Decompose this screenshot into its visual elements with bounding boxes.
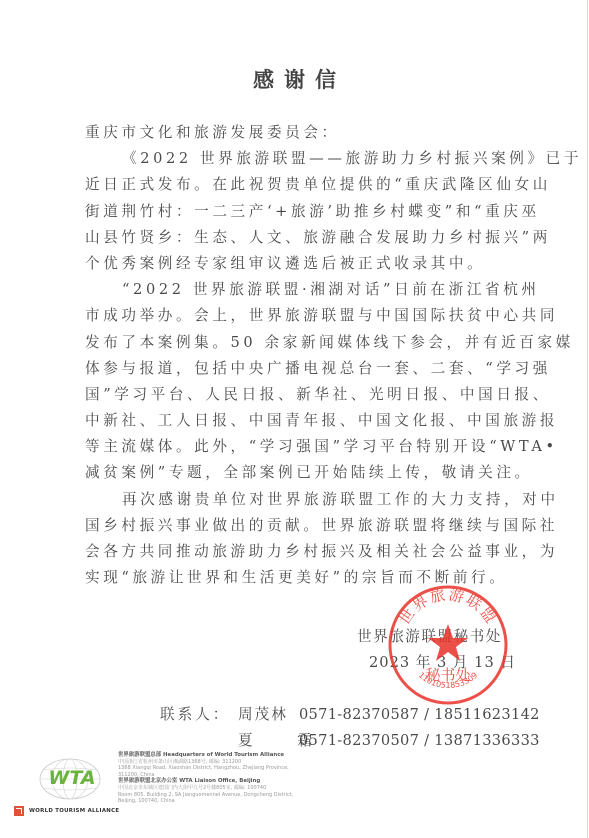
salutation: 重庆市文化和旅游发展委员会： <box>85 120 501 146</box>
bj-address-cn: 中国北京市东城区建国门内大街甲九号2号楼805室, 邮编: 100740 <box>118 785 358 792</box>
svg-text:世界旅游联盟: 世界旅游联盟 <box>395 585 501 628</box>
star-icon <box>428 624 468 661</box>
body-line: 发布了本案例集。50 余家新闻媒体线下参会，并有近百家媒 <box>85 330 501 356</box>
contact-phone: 0571-82370587 / 18511623142 <box>299 706 540 723</box>
contact-name: 周茂林 <box>238 703 294 724</box>
hq-title: 世界旅游联盟总部 Headquarters of World Tourism A… <box>118 752 358 759</box>
body-line: 国乡村振兴事业做出的贡献。世界旅游联盟将继续与国际社 <box>85 513 501 539</box>
contact-row: 夏 霜 0571-82370507 / 13871336333 <box>160 729 540 750</box>
body-line: 等主流媒体。此外，“学习强国”学习平台特别开设“WTA• <box>85 434 501 460</box>
hq-address-cn: 中国浙江省杭州市萧山区湘湖路1368号, 邮编: 311200 <box>118 759 358 766</box>
wta-globe-logo: WTA <box>30 752 110 802</box>
bj-address-en-2: Beijing, 100740, China <box>118 798 358 805</box>
bj-title: 世界旅游联盟北京办公室 WTA Liaison Office, Beijing <box>118 778 358 785</box>
contact-label: 联系人： <box>160 703 238 724</box>
contact-phone: 0571-82370507 / 13871336333 <box>299 732 540 749</box>
letter-title: 感谢信 <box>0 64 589 94</box>
contact-row: 联系人：周茂林 0571-82370587 / 18511623142 <box>160 703 540 724</box>
body-line: 《2022 世界旅游联盟——旅游助力乡村振兴案例》已于 <box>85 146 501 172</box>
body-line: 体参与报道，包括中央广播电视总台一套、二套、“学习强 <box>85 356 501 382</box>
bj-address-en: Room 805, Building 2, 9A Jianguomennei A… <box>118 792 358 799</box>
contact-name: 夏 霜 <box>238 729 294 750</box>
stamp-top-text: 世界旅游联盟 <box>395 585 501 628</box>
brand-name: WORLD TOURISM ALLIANCE <box>29 808 119 814</box>
body-line: 中新社、工人日报、中国青年报、中国文化报、中国旅游报 <box>85 408 501 434</box>
body-line: 个优秀案例经专家组审议遴选后被正式收录其中。 <box>85 251 501 277</box>
body-line: 再次感谢贵单位对世界旅游联盟工作的大力支持，对中 <box>85 487 501 513</box>
wta-square-icon <box>14 806 24 816</box>
body-line: 山县竹贤乡：生态、人文、旅游融合发展助力乡村振兴”两 <box>85 225 501 251</box>
hq-address-en: 1368 Xiangqi Road, Xiaoshan District, Ha… <box>118 765 358 772</box>
body-line: “2022 世界旅游联盟·湘湖对话”日前在浙江省杭州 <box>85 277 501 303</box>
body-line: 会各方共同推动旅游助力乡村振兴及相关社会公益事业，为 <box>85 539 501 565</box>
body-line: 近日正式发布。在此祝贺贵单位提供的“重庆武隆区仙女山 <box>85 172 501 198</box>
logo-text: WTA <box>48 767 95 789</box>
letter-body: 重庆市文化和旅游发展委员会： 《2022 世界旅游联盟——旅游助力乡村振兴案例》… <box>85 120 501 591</box>
footer-addresses: 世界旅游联盟总部 Headquarters of World Tourism A… <box>118 752 358 805</box>
body-line: 减贫案例”专题，全部案例已开始陆续上传，敬请关注。 <box>85 460 501 486</box>
official-seal-stamp: 世界旅游联盟 秘书处 1101051853309 <box>383 580 513 710</box>
body-line: 街道荆竹村：一二三产‘+旅游’助推乡村蝶变”和“重庆巫 <box>85 199 501 225</box>
footer-brand: WORLD TOURISM ALLIANCE <box>14 806 119 816</box>
page-edge-line <box>587 0 588 838</box>
body-line: 国”学习平台、人民日报、新华社、光明日报、中国日报、 <box>85 382 501 408</box>
body-line: 市成功举办。会上，世界旅游联盟与中国国际扶贫中心共同 <box>85 303 501 329</box>
